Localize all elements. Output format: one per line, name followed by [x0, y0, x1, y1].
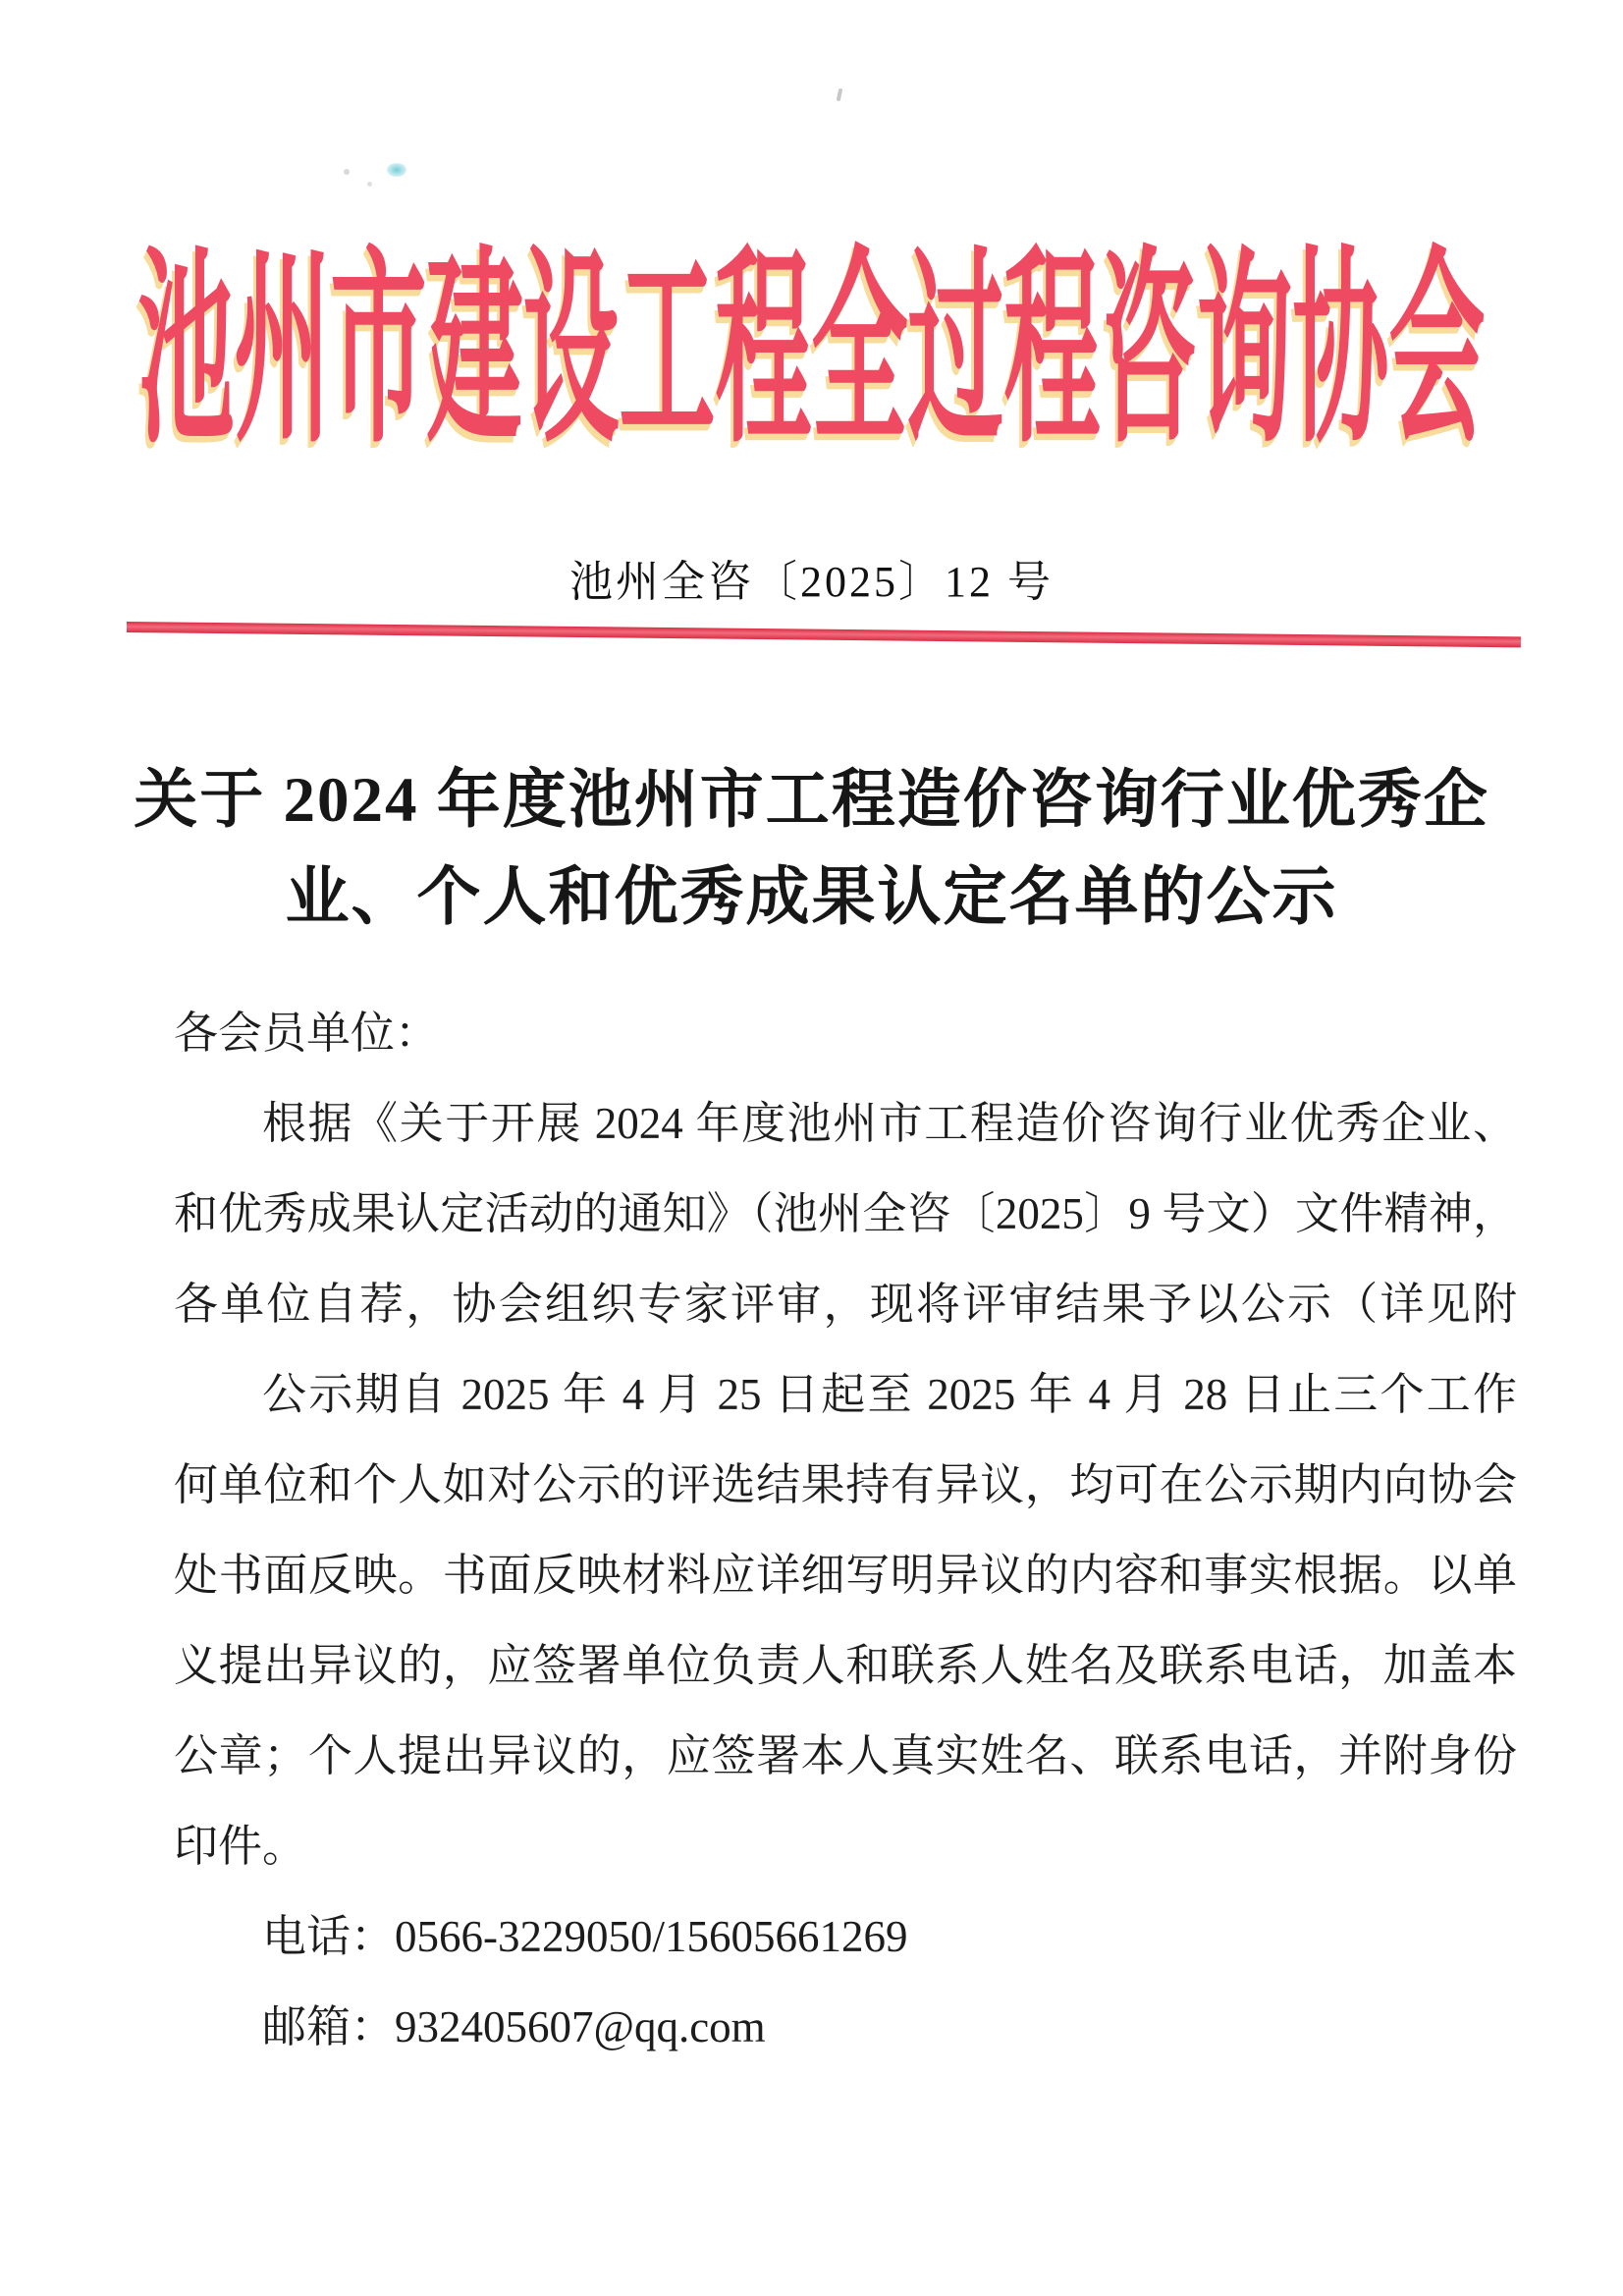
body-line: 印件。 — [174, 1801, 1517, 1891]
scan-artifact — [387, 163, 406, 177]
body-line: 处书面反映。书面反映材料应详细写明异议的内容和事实根据。以单位名 — [174, 1530, 1517, 1620]
contact-email-line: 邮箱：932405607@qq.com — [174, 1982, 1517, 2072]
email-label: 邮箱： — [262, 2002, 395, 2051]
contact-phone-line: 电话：0566-3229050/15605661269 — [174, 1891, 1517, 1982]
document-page: 池州市建设工程全过程咨询协会 池州全咨〔2025〕12 号 关于 2024 年度… — [0, 0, 1623, 2296]
scan-artifact — [344, 169, 350, 175]
doc-number: 池州全咨〔2025〕12 号 — [0, 556, 1623, 609]
notice-title-line-2: 业、个人和优秀成果认定名单的公示 — [0, 849, 1623, 947]
body-line: 根据《关于开展 2024 年度池州市工程造价咨询行业优秀企业、个人 — [174, 1078, 1517, 1169]
body-line: 何单位和个人如对公示的评选结果持有异议，均可在公示期内向协会秘书 — [174, 1440, 1517, 1530]
paragraphs-container: 根据《关于开展 2024 年度池州市工程造价咨询行业优秀企业、个人和优秀成果认定… — [174, 1078, 1517, 1891]
association-masthead: 池州市建设工程全过程咨询协会 — [0, 248, 1623, 345]
notice-title-line-1: 关于 2024 年度池州市工程造价咨询行业优秀企 — [0, 752, 1623, 849]
phone-label: 电话： — [262, 1912, 395, 1961]
body-line: 公章；个人提出异议的，应签署本人真实姓名、联系电话，并附身份证复 — [174, 1711, 1517, 1801]
salutation: 各会员单位： — [174, 988, 1517, 1078]
body-line: 和优秀成果认定活动的通知》（池州全咨〔2025〕9 号文）文件精神，经 — [174, 1169, 1517, 1259]
body-line: 义提出异议的，应签署单位负责人和联系人姓名及联系电话，加盖本单位 — [174, 1620, 1517, 1711]
scan-artifact — [837, 88, 843, 102]
phone-value: 0566-3229050/15605661269 — [395, 1912, 908, 1961]
association-name: 池州市建设工程全过程咨询协会 — [137, 248, 1485, 459]
red-divider-line — [127, 622, 1521, 647]
body-line: 各单位自荐，协会组织专家评审，现将评审结果予以公示（详见附件）。 — [174, 1259, 1517, 1349]
body-line: 公示期自 2025 年 4 月 25 日起至 2025 年 4 月 28 日止三… — [174, 1349, 1517, 1440]
email-value: 932405607@qq.com — [395, 2002, 766, 2051]
notice-title: 关于 2024 年度池州市工程造价咨询行业优秀企 业、个人和优秀成果认定名单的公… — [0, 752, 1623, 947]
scan-artifact — [367, 182, 372, 187]
document-body: 各会员单位： 根据《关于开展 2024 年度池州市工程造价咨询行业优秀企业、个人… — [174, 988, 1517, 2072]
